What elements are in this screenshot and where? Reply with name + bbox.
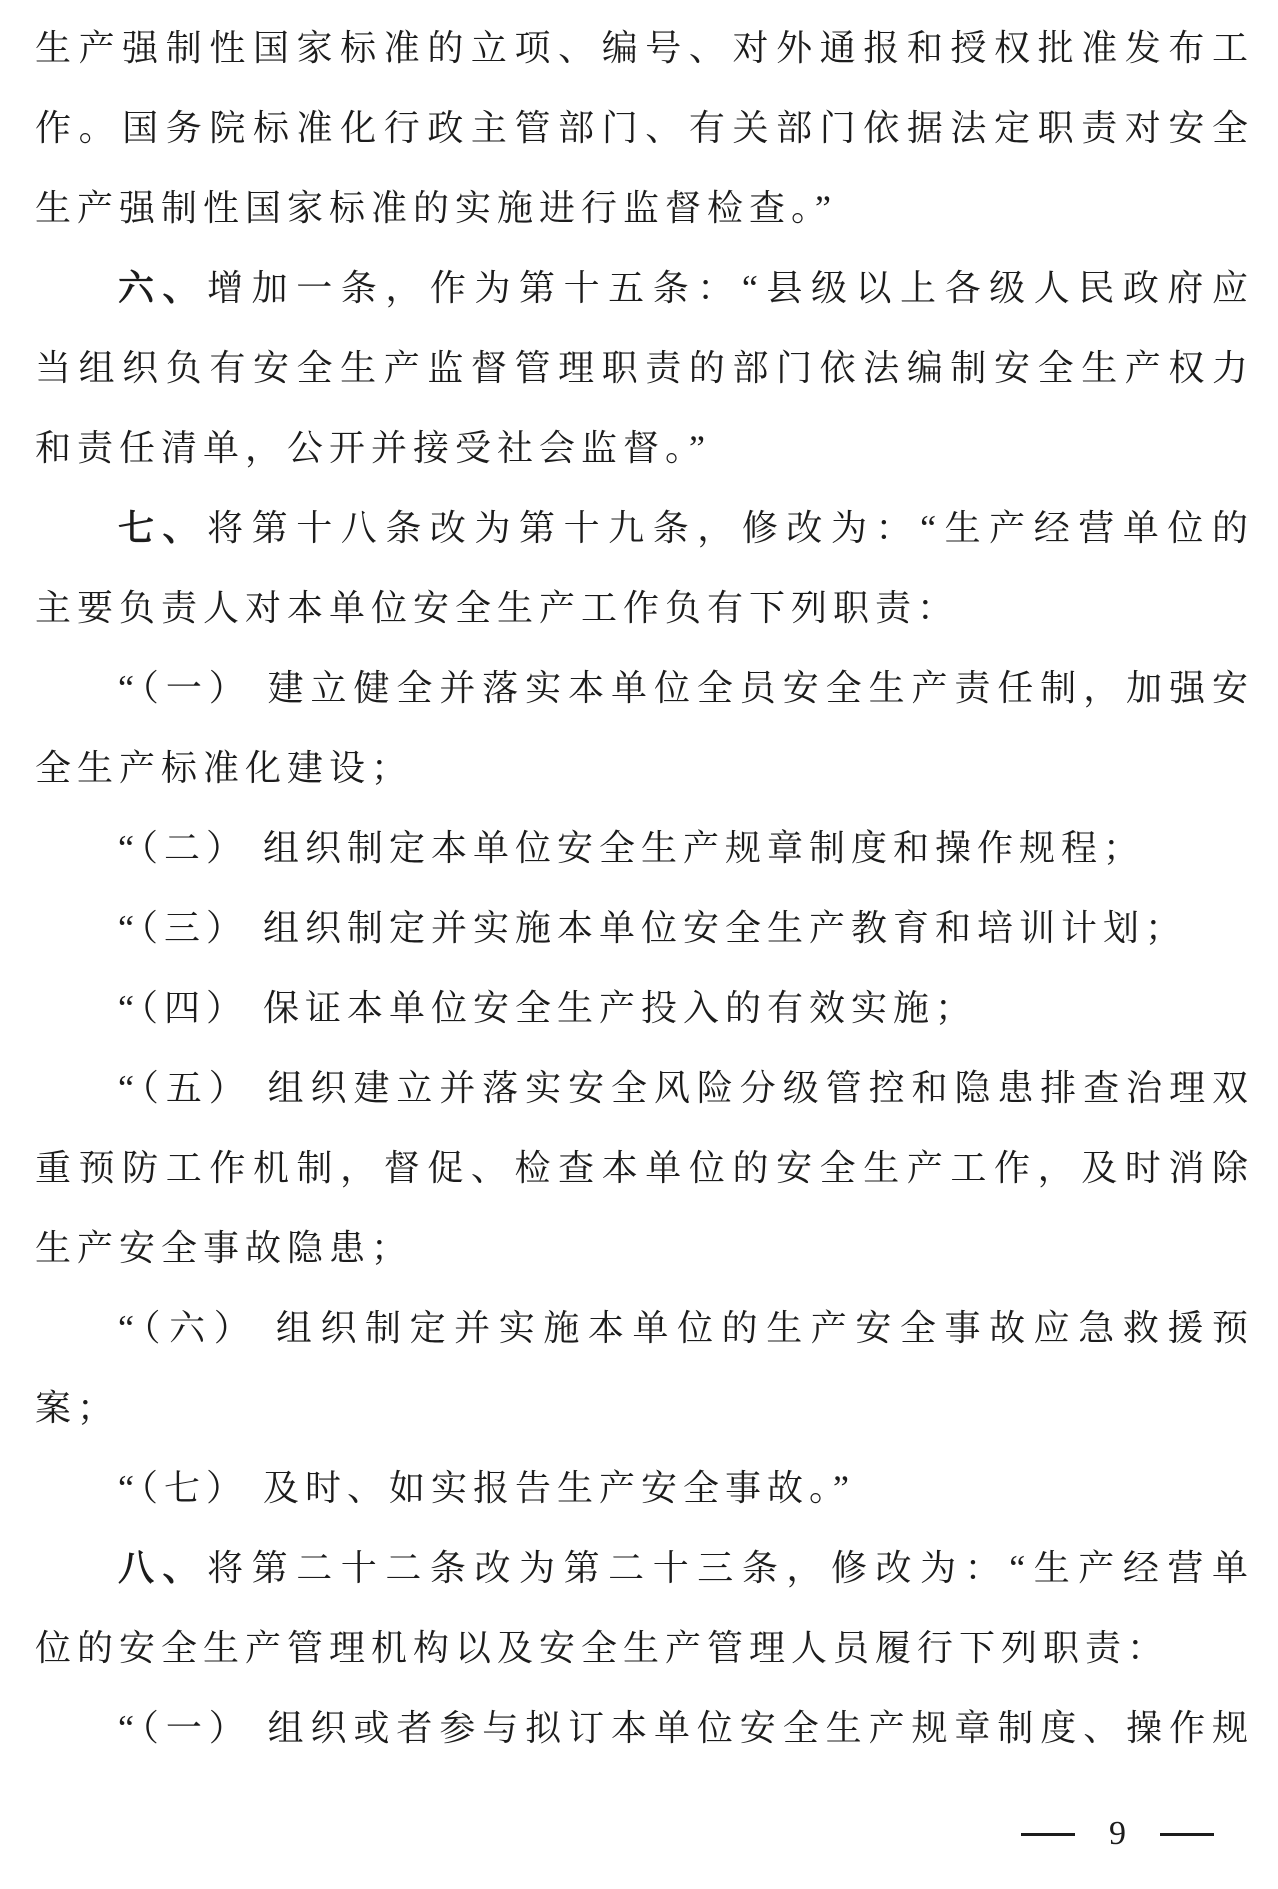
text-line-3: 生产强制性国家标准的实施进行监督检查。” <box>35 168 1250 248</box>
line-text: 案； <box>35 1388 119 1428</box>
line-text: “（五） 组织建立并落实安全风险分级管控和隐患排查治理双 <box>118 1068 1250 1108</box>
line-text: 全生产标准化建设； <box>35 748 413 788</box>
line-text: 重预防工作机制，督促、检查本单位的安全生产工作，及时消除 <box>35 1148 1250 1188</box>
line-text: 将第二十二条改为第二十三条，修改为：“生产经营单 <box>207 1548 1250 1588</box>
text-line-9: “（一） 建立健全并落实本单位全员安全生产责任制，加强安 <box>35 648 1250 728</box>
line-text: 生产强制性国家标准的立项、编号、对外通报和授权批准发布工 <box>35 28 1250 68</box>
text-line-2: 作。国务院标准化行政主管部门、有关部门依据法定职责对安全 <box>35 88 1250 168</box>
text-line-15: 重预防工作机制，督促、检查本单位的安全生产工作，及时消除 <box>35 1128 1250 1208</box>
text-line-11: “（二） 组织制定本单位安全生产规章制度和操作规程； <box>35 808 1250 888</box>
line-text: 和责任清单，公开并接受社会监督。” <box>35 428 711 468</box>
line-text: 主要负责人对本单位安全生产工作负有下列职责： <box>35 588 959 628</box>
clause-number: 七、 <box>118 507 207 548</box>
text-line-21: 位的安全生产管理机构以及安全生产管理人员履行下列职责： <box>35 1608 1250 1688</box>
text-line-5: 当组织负有安全生产监督管理职责的部门依法编制安全生产权力 <box>35 328 1250 408</box>
line-text: 增加一条，作为第十五条：“县级以上各级人民政府应 <box>207 268 1250 308</box>
footer-dash-left <box>1021 1833 1075 1836</box>
line-text: “（六） 组织制定并实施本单位的生产安全事故应急救援预 <box>118 1308 1250 1348</box>
text-line-10: 全生产标准化建设； <box>35 728 1250 808</box>
line-text: 将第十八条改为第十九条，修改为：“生产经营单位的 <box>207 508 1250 548</box>
document-body: 生产强制性国家标准的立项、编号、对外通报和授权批准发布工作。国务院标准化行政主管… <box>35 8 1250 1768</box>
line-text: “（三） 组织制定并实施本单位安全生产教育和培训计划； <box>118 908 1187 948</box>
text-line-19: “（七） 及时、如实报告生产安全事故。” <box>35 1448 1250 1528</box>
page-number: 9 <box>1109 1812 1126 1856</box>
text-line-20: 八、将第二十二条改为第二十三条，修改为：“生产经营单 <box>35 1528 1250 1608</box>
line-text: “（一） 组织或者参与拟订本单位安全生产规章制度、操作规 <box>118 1708 1250 1748</box>
text-line-14: “（五） 组织建立并落实安全风险分级管控和隐患排查治理双 <box>35 1048 1250 1128</box>
text-line-16: 生产安全事故隐患； <box>35 1208 1250 1288</box>
line-text: 当组织负有安全生产监督管理职责的部门依法编制安全生产权力 <box>35 348 1250 388</box>
text-line-6: 和责任清单，公开并接受社会监督。” <box>35 408 1250 488</box>
text-line-17: “（六） 组织制定并实施本单位的生产安全事故应急救援预 <box>35 1288 1250 1368</box>
line-text: 生产安全事故隐患； <box>35 1228 413 1268</box>
page-footer: 9 <box>1021 1812 1214 1856</box>
line-text: “（二） 组织制定本单位安全生产规章制度和操作规程； <box>118 828 1145 868</box>
text-line-7: 七、将第十八条改为第十九条，修改为：“生产经营单位的 <box>35 488 1250 568</box>
line-text: 位的安全生产管理机构以及安全生产管理人员履行下列职责： <box>35 1628 1169 1668</box>
line-text: 作。国务院标准化行政主管部门、有关部门依据法定职责对安全 <box>35 108 1250 148</box>
line-text: “（四） 保证本单位安全生产投入的有效实施； <box>118 988 977 1028</box>
line-text: “（一） 建立健全并落实本单位全员安全生产责任制，加强安 <box>118 668 1250 708</box>
text-line-4: 六、增加一条，作为第十五条：“县级以上各级人民政府应 <box>35 248 1250 328</box>
text-line-1: 生产强制性国家标准的立项、编号、对外通报和授权批准发布工 <box>35 8 1250 88</box>
line-text: 生产强制性国家标准的实施进行监督检查。” <box>35 188 837 228</box>
clause-number: 六、 <box>118 267 207 308</box>
line-text: “（七） 及时、如实报告生产安全事故。” <box>118 1468 855 1508</box>
text-line-13: “（四） 保证本单位安全生产投入的有效实施； <box>35 968 1250 1048</box>
text-line-8: 主要负责人对本单位安全生产工作负有下列职责： <box>35 568 1250 648</box>
text-line-12: “（三） 组织制定并实施本单位安全生产教育和培训计划； <box>35 888 1250 968</box>
clause-number: 八、 <box>118 1547 207 1588</box>
text-line-18: 案； <box>35 1368 1250 1448</box>
text-line-22: “（一） 组织或者参与拟订本单位安全生产规章制度、操作规 <box>35 1688 1250 1768</box>
document-page: 生产强制性国家标准的立项、编号、对外通报和授权批准发布工作。国务院标准化行政主管… <box>0 0 1278 1889</box>
footer-dash-right <box>1160 1833 1214 1836</box>
